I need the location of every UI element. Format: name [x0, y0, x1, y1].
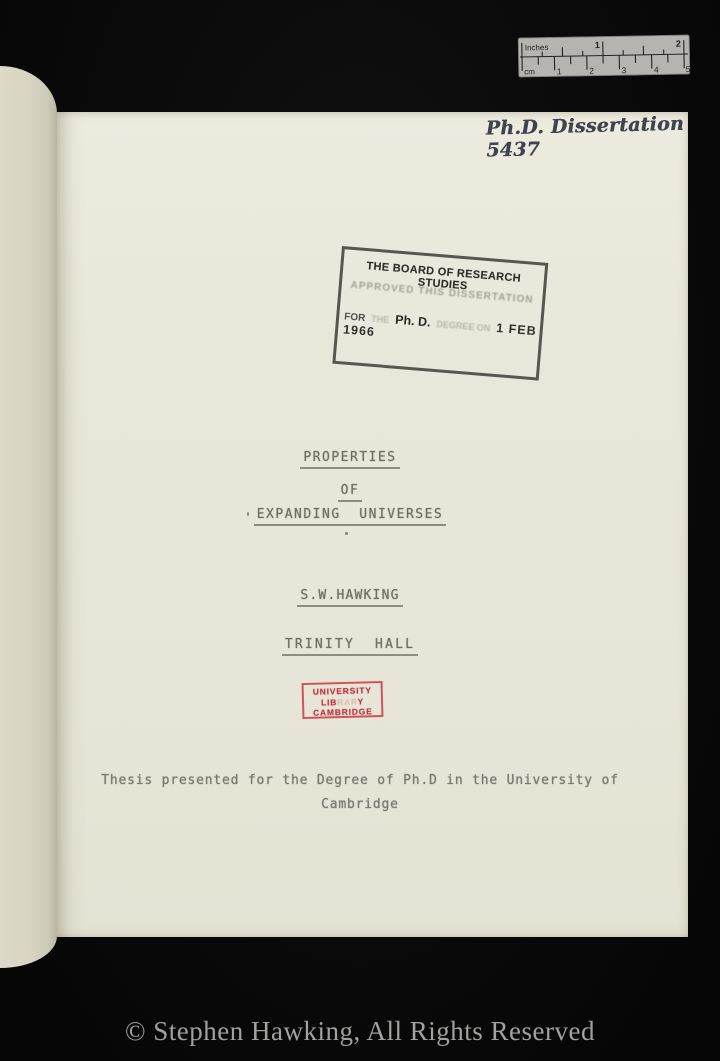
ruler-cm-2: 2 — [589, 66, 594, 76]
approval-stamp-degree-on: DEGREE ON — [436, 319, 491, 333]
library-stamp-line2-end: Y — [357, 696, 364, 706]
thesis-title-line1: PROPERTIES — [300, 450, 399, 469]
statement-row1: Thesis presented for the Degree of Ph.D … — [57, 771, 663, 789]
ruler-inch-1: 1 — [595, 40, 600, 50]
thesis-title-row1: PROPERTIES — [57, 448, 643, 466]
library-stamp-line2-faded: RAR — [337, 696, 358, 707]
ruler-cm-label: cm — [524, 67, 535, 76]
statement-row2: Cambridge — [57, 795, 663, 813]
statement-line2: Cambridge — [321, 797, 399, 812]
book-page-edge — [0, 66, 57, 968]
photo-background: Inches 1 2 cm 1 2 3 4 5 Ph.D. Dissertati… — [0, 0, 720, 1061]
scale-ruler: Inches 1 2 cm 1 2 3 4 5 — [518, 35, 691, 78]
author-name: S.W.HAWKING — [297, 588, 402, 607]
thesis-title-line2: OF — [338, 483, 363, 502]
ink-speck — [247, 512, 249, 516]
ink-speck — [345, 532, 348, 535]
library-stamp-line3: CAMBRIDGE — [304, 706, 381, 719]
thesis-title-row2: OF — [57, 481, 643, 499]
college-row: TRINITY HALL — [57, 635, 643, 653]
handwritten-accession-note: Ph.D. Dissertation 5437 — [485, 112, 696, 161]
approval-stamp-degree: Ph. D. — [395, 313, 431, 330]
ruler-cm-3: 3 — [621, 65, 626, 75]
approval-stamp-line3: FORTHEPh. D.DEGREE ON1 FEB 1966 — [343, 308, 539, 352]
library-stamp-line2-start: LIB — [321, 697, 337, 707]
approval-stamp-the: THE — [371, 314, 390, 325]
author-row: S.W.HAWKING — [57, 586, 643, 604]
copyright-notice: © Stephen Hawking, All Rights Reserved — [0, 1016, 720, 1047]
statement-line1: Thesis presented for the Degree of Ph.D … — [101, 773, 619, 788]
ruler-inches-label: Inches — [525, 43, 549, 52]
ruler-graphic: Inches 1 2 cm 1 2 3 4 5 — [518, 35, 691, 78]
ruler-inch-2: 2 — [676, 39, 681, 49]
approval-stamp: THE BOARD OF RESEARCH STUDIES APPROVED T… — [332, 246, 548, 381]
thesis-title-row3: EXPANDING UNIVERSES — [57, 505, 643, 523]
library-stamp-line1: UNIVERSITY — [304, 685, 381, 698]
ruler-cm-4: 4 — [654, 65, 659, 75]
thesis-title-line3: EXPANDING UNIVERSES — [254, 507, 447, 526]
ruler-cm-5: 5 — [686, 64, 691, 74]
library-stamp: UNIVERSITY LIBRARY CAMBRIDGE — [302, 681, 384, 719]
college-name: TRINITY HALL — [282, 637, 418, 656]
ruler-cm-1: 1 — [557, 66, 562, 76]
